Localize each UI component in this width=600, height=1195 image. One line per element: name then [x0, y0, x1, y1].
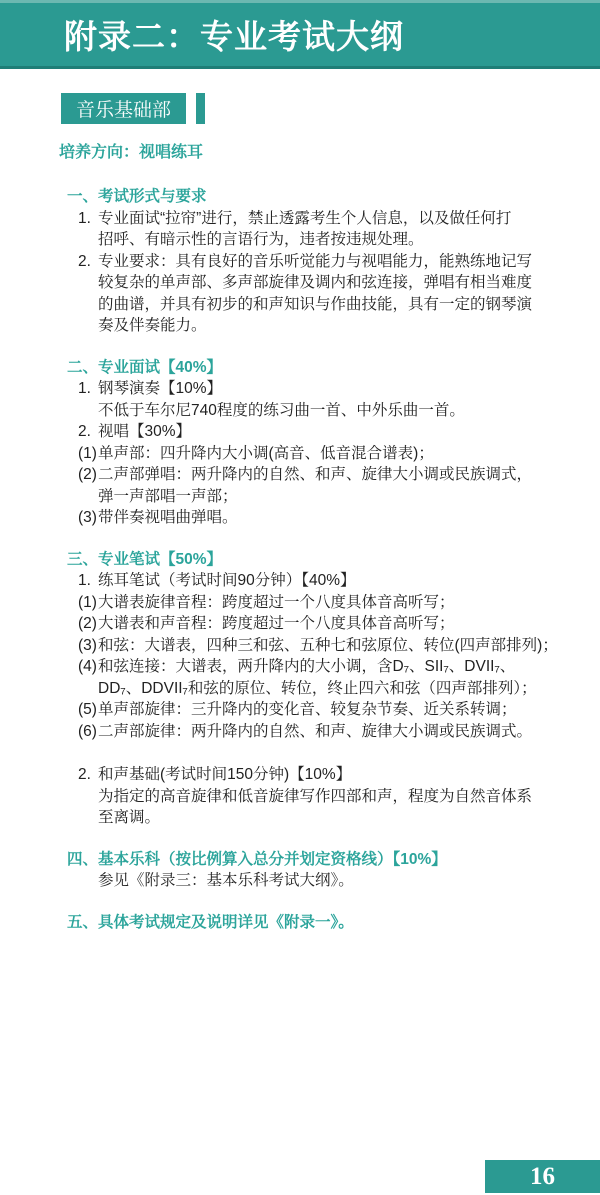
section-basic-music-theory: 四、 基本乐科（按比例算入总分并划定资格线）【10%】 参见《附录三：基本乐科考… — [0, 849, 600, 892]
training-direction-label: 培养方向：视唱练耳 — [59, 139, 600, 162]
item-text: 和弦连接：大谱表，两升降内的大小调，含D₇、SII₇、DVII₇、 — [98, 656, 560, 678]
section-marker: 一、 — [67, 186, 98, 208]
item-marker: (6) — [78, 721, 98, 743]
section-title: 基本乐科（按比例算入总分并划定资格线）【10%】 — [98, 849, 447, 871]
list-item: 较复杂的单声部、多声部旋律及调内和弦连接，弹唱有相当难度 — [0, 272, 600, 294]
section-interview: 二、 专业面试【40%】 1. 钢琴演奏【10%】 不低于车尔尼740程度的练习… — [0, 357, 600, 529]
document-page: 附录二：专业考试大纲 音乐基础部 培养方向：视唱练耳 一、 考试形式与要求 1.… — [0, 0, 600, 1195]
item-marker: 2. — [78, 764, 98, 786]
item-text: 为指定的高音旋律和低音旋律写作四部和声，程度为自然音体系 — [98, 786, 560, 808]
list-item: 招呼、有暗示性的言语行为，违者按违规处理。 — [0, 229, 600, 251]
list-item: 的曲谱，并具有初步的和声知识与作曲技能，具有一定的钢琴演 — [0, 294, 600, 316]
item-marker — [78, 786, 98, 808]
list-item: (4) 和弦连接：大谱表，两升降内的大小调，含D₇、SII₇、DVII₇、 — [0, 656, 600, 678]
section-heading: 三、 专业笔试【50%】 — [0, 549, 600, 571]
item-marker: (1) — [78, 443, 98, 465]
item-text: 和声基础(考试时间150分钟)【10%】 — [98, 764, 560, 786]
item-text: 不低于车尔尼740程度的练习曲一首、中外乐曲一首。 — [98, 400, 560, 422]
item-text: 单声部旋律：三升降内的变化音、较复杂节奏、近关系转调； — [98, 699, 560, 721]
list-item: (6) 二声部旋律：两升降内的自然、和声、旋律大小调或民族调式。 — [0, 721, 600, 743]
list-item: 2. 和声基础(考试时间150分钟)【10%】 — [0, 764, 600, 786]
item-marker — [78, 294, 98, 316]
item-text: 视唱【30%】 — [98, 421, 560, 443]
item-text: 二声部旋律：两升降内的自然、和声、旋律大小调或民族调式。 — [98, 721, 560, 743]
item-marker — [78, 678, 98, 700]
department-badge-row: 音乐基础部 — [61, 93, 600, 124]
item-marker — [78, 400, 98, 422]
section-other-regulations: 五、 具体考试规定及说明详见《附录一》。 — [0, 912, 600, 934]
list-item: (5) 单声部旋律：三升降内的变化音、较复杂节奏、近关系转调； — [0, 699, 600, 721]
department-badge: 音乐基础部 — [61, 93, 186, 124]
section-marker: 二、 — [67, 357, 98, 379]
item-marker: (1) — [78, 592, 98, 614]
item-text: 弹一声部唱一声部； — [98, 486, 560, 508]
section-title: 专业笔试【50%】 — [98, 549, 222, 571]
section-heading: 二、 专业面试【40%】 — [0, 357, 600, 379]
item-marker — [78, 272, 98, 294]
list-item: (3) 和弦：大谱表，四种三和弦、五种七和弦原位、转位(四声部排列)； — [0, 635, 600, 657]
item-text: 参见《附录三：基本乐科考试大纲》。 — [98, 870, 560, 892]
item-marker: (2) — [78, 464, 98, 486]
item-text: 招呼、有暗示性的言语行为，违者按违规处理。 — [98, 229, 560, 251]
page-title: 附录二：专业考试大纲 — [64, 11, 404, 58]
list-item: 弹一声部唱一声部； — [0, 486, 600, 508]
section-marker: 三、 — [67, 549, 98, 571]
list-item: 1. 专业面试“拉帘”进行，禁止透露考生个人信息，以及做任何打 — [0, 208, 600, 230]
list-item: 1. 练耳笔试（考试时间90分钟）【40%】 — [0, 570, 600, 592]
item-marker: 2. — [78, 251, 98, 273]
section-written-exam: 三、 专业笔试【50%】 1. 练耳笔试（考试时间90分钟）【40%】 (1) … — [0, 549, 600, 829]
section-title: 专业面试【40%】 — [98, 357, 222, 379]
item-text: 奏及伴奏能力。 — [98, 315, 560, 337]
badge-accent-bar — [196, 93, 205, 124]
page-number-badge: 16 — [485, 1160, 600, 1193]
section-heading: 一、 考试形式与要求 — [0, 186, 600, 208]
list-item: (3) 带伴奏视唱曲弹唱。 — [0, 507, 600, 529]
list-item: 为指定的高音旋律和低音旋律写作四部和声，程度为自然音体系 — [0, 786, 600, 808]
item-marker: 1. — [78, 570, 98, 592]
section-heading: 四、 基本乐科（按比例算入总分并划定资格线）【10%】 — [0, 849, 600, 871]
item-marker: 1. — [78, 208, 98, 230]
section-title: 具体考试规定及说明详见《附录一》。 — [98, 912, 354, 934]
section-title: 考试形式与要求 — [98, 186, 207, 208]
item-marker: 1. — [78, 378, 98, 400]
list-item: (1) 单声部：四升降内大小调(高音、低音混合谱表)； — [0, 443, 600, 465]
item-marker — [78, 807, 98, 829]
item-marker — [78, 486, 98, 508]
item-text: DD₇、DDVII₇和弦的原位、转位，终止四六和弦（四声部排列）； — [98, 678, 560, 700]
item-text: 至离调。 — [98, 807, 560, 829]
item-marker — [78, 229, 98, 251]
item-text: 专业要求：具有良好的音乐听觉能力与视唱能力，能熟练地记写 — [98, 251, 560, 273]
list-item: 2. 视唱【30%】 — [0, 421, 600, 443]
item-marker: 2. — [78, 421, 98, 443]
list-item: (1) 大谱表旋律音程：跨度超过一个八度具体音高听写； — [0, 592, 600, 614]
item-marker: (5) — [78, 699, 98, 721]
item-marker: (3) — [78, 507, 98, 529]
section-marker: 五、 — [67, 912, 98, 934]
header-banner: 附录二：专业考试大纲 — [0, 3, 600, 69]
list-item: (2) 大谱表和声音程：跨度超过一个八度具体音高听写； — [0, 613, 600, 635]
list-item: 2. 专业要求：具有良好的音乐听觉能力与视唱能力，能熟练地记写 — [0, 251, 600, 273]
item-text: 专业面试“拉帘”进行，禁止透露考生个人信息，以及做任何打 — [98, 208, 560, 230]
list-item: 至离调。 — [0, 807, 600, 829]
section-exam-format: 一、 考试形式与要求 1. 专业面试“拉帘”进行，禁止透露考生个人信息，以及做任… — [0, 186, 600, 337]
list-item: 1. 钢琴演奏【10%】 — [0, 378, 600, 400]
item-text: 练耳笔试（考试时间90分钟）【40%】 — [98, 570, 560, 592]
item-text: 单声部：四升降内大小调(高音、低音混合谱表)； — [98, 443, 560, 465]
item-text: 二声部弹唱：两升降内的自然、和声、旋律大小调或民族调式， — [98, 464, 560, 486]
item-marker: (2) — [78, 613, 98, 635]
item-text: 带伴奏视唱曲弹唱。 — [98, 507, 560, 529]
item-text: 较复杂的单声部、多声部旋律及调内和弦连接，弹唱有相当难度 — [98, 272, 560, 294]
item-marker: (4) — [78, 656, 98, 678]
item-marker — [78, 315, 98, 337]
page-number: 16 — [530, 1163, 555, 1191]
section-marker: 四、 — [67, 849, 98, 871]
item-marker — [78, 870, 98, 892]
item-text: 的曲谱，并具有初步的和声知识与作曲技能，具有一定的钢琴演 — [98, 294, 560, 316]
list-item: 参见《附录三：基本乐科考试大纲》。 — [0, 870, 600, 892]
list-item: DD₇、DDVII₇和弦的原位、转位，终止四六和弦（四声部排列）； — [0, 678, 600, 700]
list-item: (2) 二声部弹唱：两升降内的自然、和声、旋律大小调或民族调式， — [0, 464, 600, 486]
item-text: 钢琴演奏【10%】 — [98, 378, 560, 400]
list-item: 不低于车尔尼740程度的练习曲一首、中外乐曲一首。 — [0, 400, 600, 422]
list-item: 奏及伴奏能力。 — [0, 315, 600, 337]
item-text: 大谱表和声音程：跨度超过一个八度具体音高听写； — [98, 613, 560, 635]
item-text: 大谱表旋律音程：跨度超过一个八度具体音高听写； — [98, 592, 560, 614]
item-marker: (3) — [78, 635, 98, 657]
item-text: 和弦：大谱表，四种三和弦、五种七和弦原位、转位(四声部排列)； — [98, 635, 560, 657]
section-heading: 五、 具体考试规定及说明详见《附录一》。 — [0, 912, 600, 934]
